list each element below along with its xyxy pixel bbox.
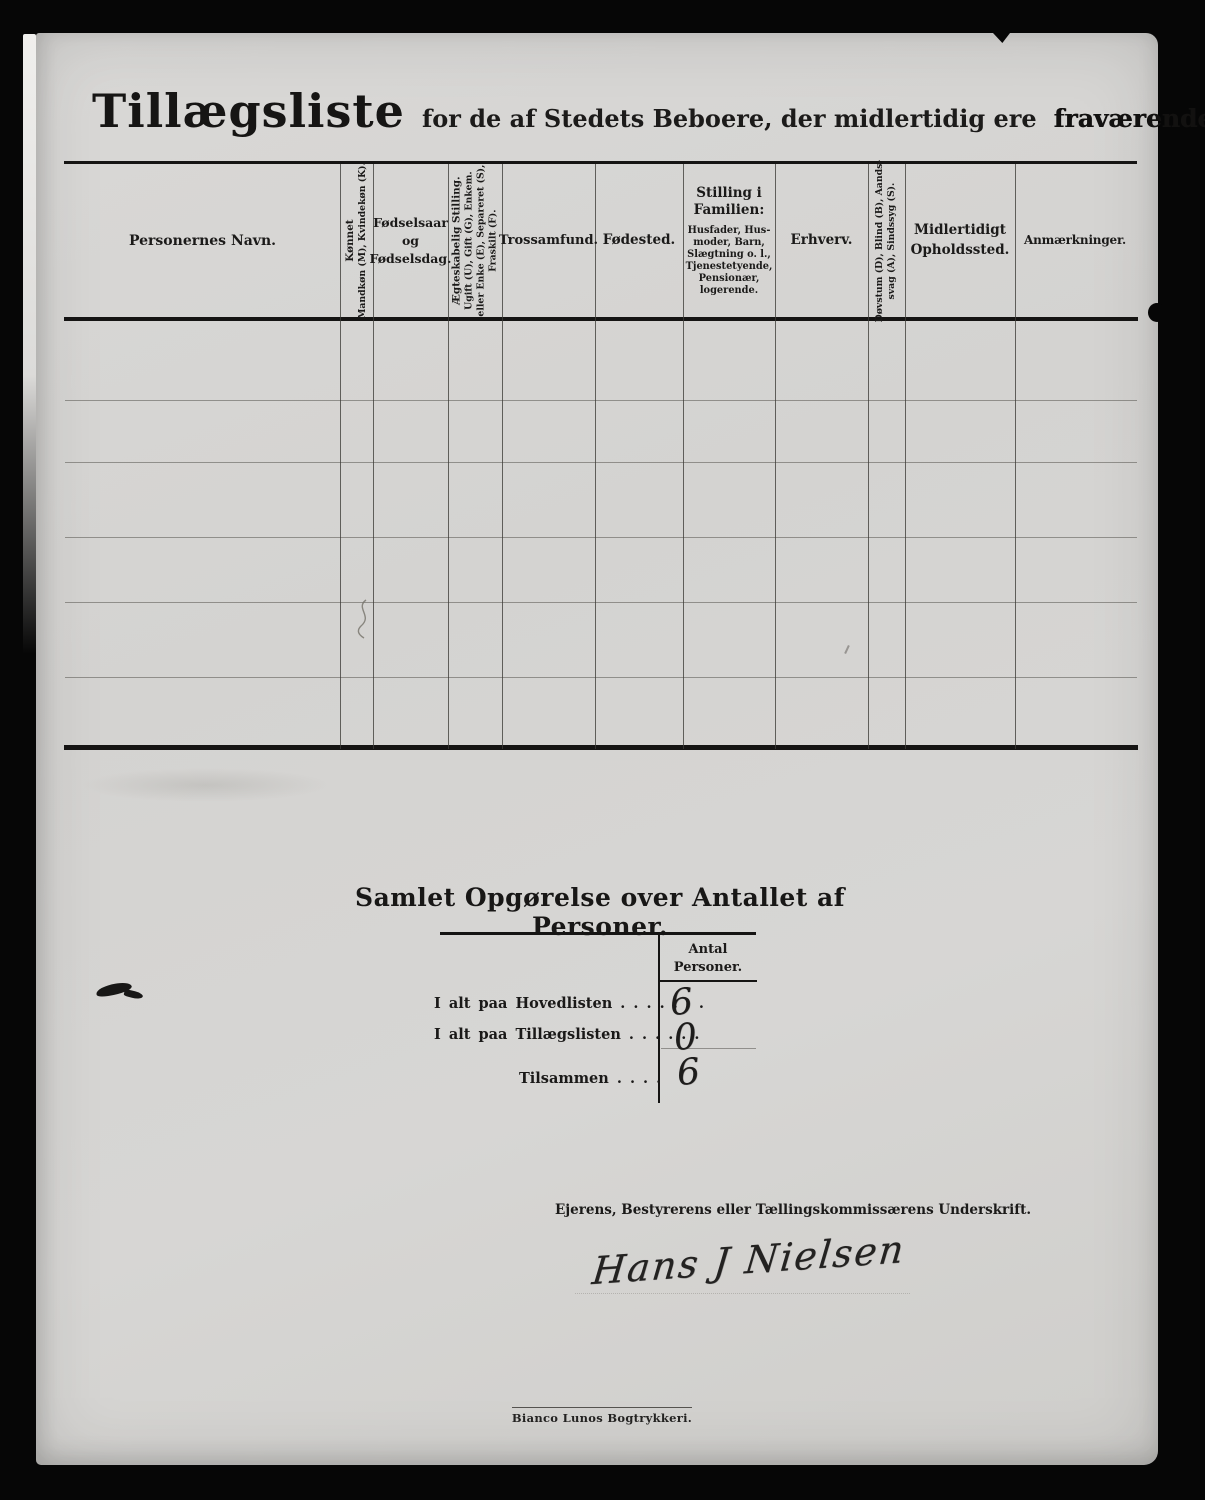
- printer-imprint: Bianco Lunos Bogtrykkeri.: [477, 1411, 727, 1425]
- table-header-aegteskabelig-stilling: Ægteskabelig Stilling. Ugift (U), Gift (…: [448, 166, 502, 316]
- header-label: Fraskilt (F).: [488, 165, 500, 317]
- signature-label: Ejerens, Bestyrerens eller Tællingskommi…: [555, 1202, 950, 1218]
- header-label: Familien:: [694, 202, 765, 220]
- title-emphasis: fraværende.: [1054, 104, 1205, 133]
- table-row-line: [65, 677, 1137, 678]
- table-header-foedested: Fødested.: [595, 166, 683, 316]
- table-header-foedselsaar: Fødselsaar og Fødselsdag.: [373, 166, 448, 316]
- header-label: svag (A), Sindssyg (S).: [887, 160, 899, 323]
- table-header-personernes-navn: Personernes Navn.: [65, 166, 340, 316]
- summary-row-label-tillaegslisten: I alt paa Tillægslisten . . . . . .: [434, 1026, 699, 1043]
- signature-baseline: [575, 1293, 910, 1294]
- vertical-header-text: Kønnet Mandkøn (M), Kvindekøn (K).: [344, 163, 369, 320]
- header-sublabel: logerende.: [700, 285, 758, 297]
- handwritten-count-tilsammen: 6: [675, 1051, 701, 1094]
- table-header-midlertidigt-opholdssted: Midlertidigt Opholdssted.: [905, 166, 1015, 316]
- header-label: Mandkøn (M), Kvindekøn (K).: [357, 163, 369, 320]
- header-label: Opholdssted.: [911, 241, 1010, 261]
- title-subtitle: for de af Stedets Beboere, der midlertid…: [422, 104, 1037, 133]
- footer-rule: [512, 1407, 692, 1408]
- header-label: Fødselsdag.: [370, 250, 452, 268]
- page-edge-sliver: [23, 34, 36, 654]
- header-sublabel: Tjenestetyende,: [686, 261, 773, 273]
- summary-row-label-tilsammen: Tilsammen . . . .: [519, 1070, 661, 1087]
- header-label: Fødested.: [603, 231, 675, 251]
- header-label: Personernes Navn.: [129, 231, 276, 251]
- scanned-census-page: Tillægsliste for de af Stedets Beboere, …: [0, 0, 1205, 1500]
- header-label: Fødselsaar: [373, 214, 448, 232]
- header-label: Ægteskabelig Stilling.: [450, 165, 463, 317]
- table-row-line: [65, 400, 1137, 401]
- header-label: Trossamfund.: [499, 232, 598, 251]
- table-header-stilling-i-familien: Stilling i Familien: Husfader, Hus- mode…: [683, 166, 775, 316]
- header-sublabel: Pensionær,: [699, 273, 760, 285]
- summary-column-header-line: Antal: [660, 941, 756, 959]
- table-header-erhverv: Erhverv.: [775, 166, 868, 316]
- header-sublabel: Slægtning o. l.,: [687, 249, 771, 261]
- table-rule-header-bottom: [64, 317, 1138, 321]
- table-rule-top: [64, 161, 1137, 164]
- header-label: eller Enke (E), Separeret (S),: [475, 165, 487, 317]
- vertical-header-text: Døvstum (D), Blind (B), Aands- svag (A),…: [874, 160, 898, 323]
- summary-column-header-line: Personer.: [660, 959, 756, 977]
- table-header-doevstum: Døvstum (D), Blind (B), Aands- svag (A),…: [868, 166, 905, 316]
- table-header-koennet: Kønnet Mandkøn (M), Kvindekøn (K).: [340, 166, 373, 316]
- header-label: Døvstum (D), Blind (B), Aands-: [874, 160, 886, 323]
- table-rule-bottom: [64, 745, 1138, 750]
- title-main: Tillægsliste: [92, 84, 405, 138]
- header-label: Anmærkninger.: [1024, 232, 1126, 249]
- header-label: Kønnet: [344, 163, 357, 320]
- summary-row-label-hovedlisten: I alt paa Hovedlisten . . . . . . .: [434, 995, 704, 1012]
- header-label: og: [402, 232, 419, 250]
- table-header-trossamfund: Trossamfund.: [502, 166, 595, 316]
- vertical-header-text: Ægteskabelig Stilling. Ugift (U), Gift (…: [450, 165, 499, 317]
- summary-rule-top: [440, 932, 756, 935]
- summary-column-header: Antal Personer.: [660, 941, 756, 977]
- page-title: Tillægsliste for de af Stedets Beboere, …: [92, 84, 1205, 138]
- table-header-anmaerkninger: Anmærkninger.: [1015, 166, 1135, 316]
- header-label: Ugift (U), Gift (G), Enkem.: [463, 165, 475, 317]
- paper-smudge: [80, 768, 330, 802]
- table-row-line: [65, 462, 1137, 463]
- header-label: Midlertidigt: [914, 221, 1006, 241]
- table-row-line: [65, 537, 1137, 538]
- header-sublabel: moder, Barn,: [693, 237, 765, 249]
- paper-edge-bump: [1148, 303, 1166, 322]
- header-label: Stilling i: [696, 185, 762, 203]
- table-row-line: [65, 602, 1137, 603]
- header-sublabel: Husfader, Hus-: [688, 225, 771, 237]
- pen-squiggle: [352, 598, 374, 640]
- header-label: Erhverv.: [791, 231, 853, 251]
